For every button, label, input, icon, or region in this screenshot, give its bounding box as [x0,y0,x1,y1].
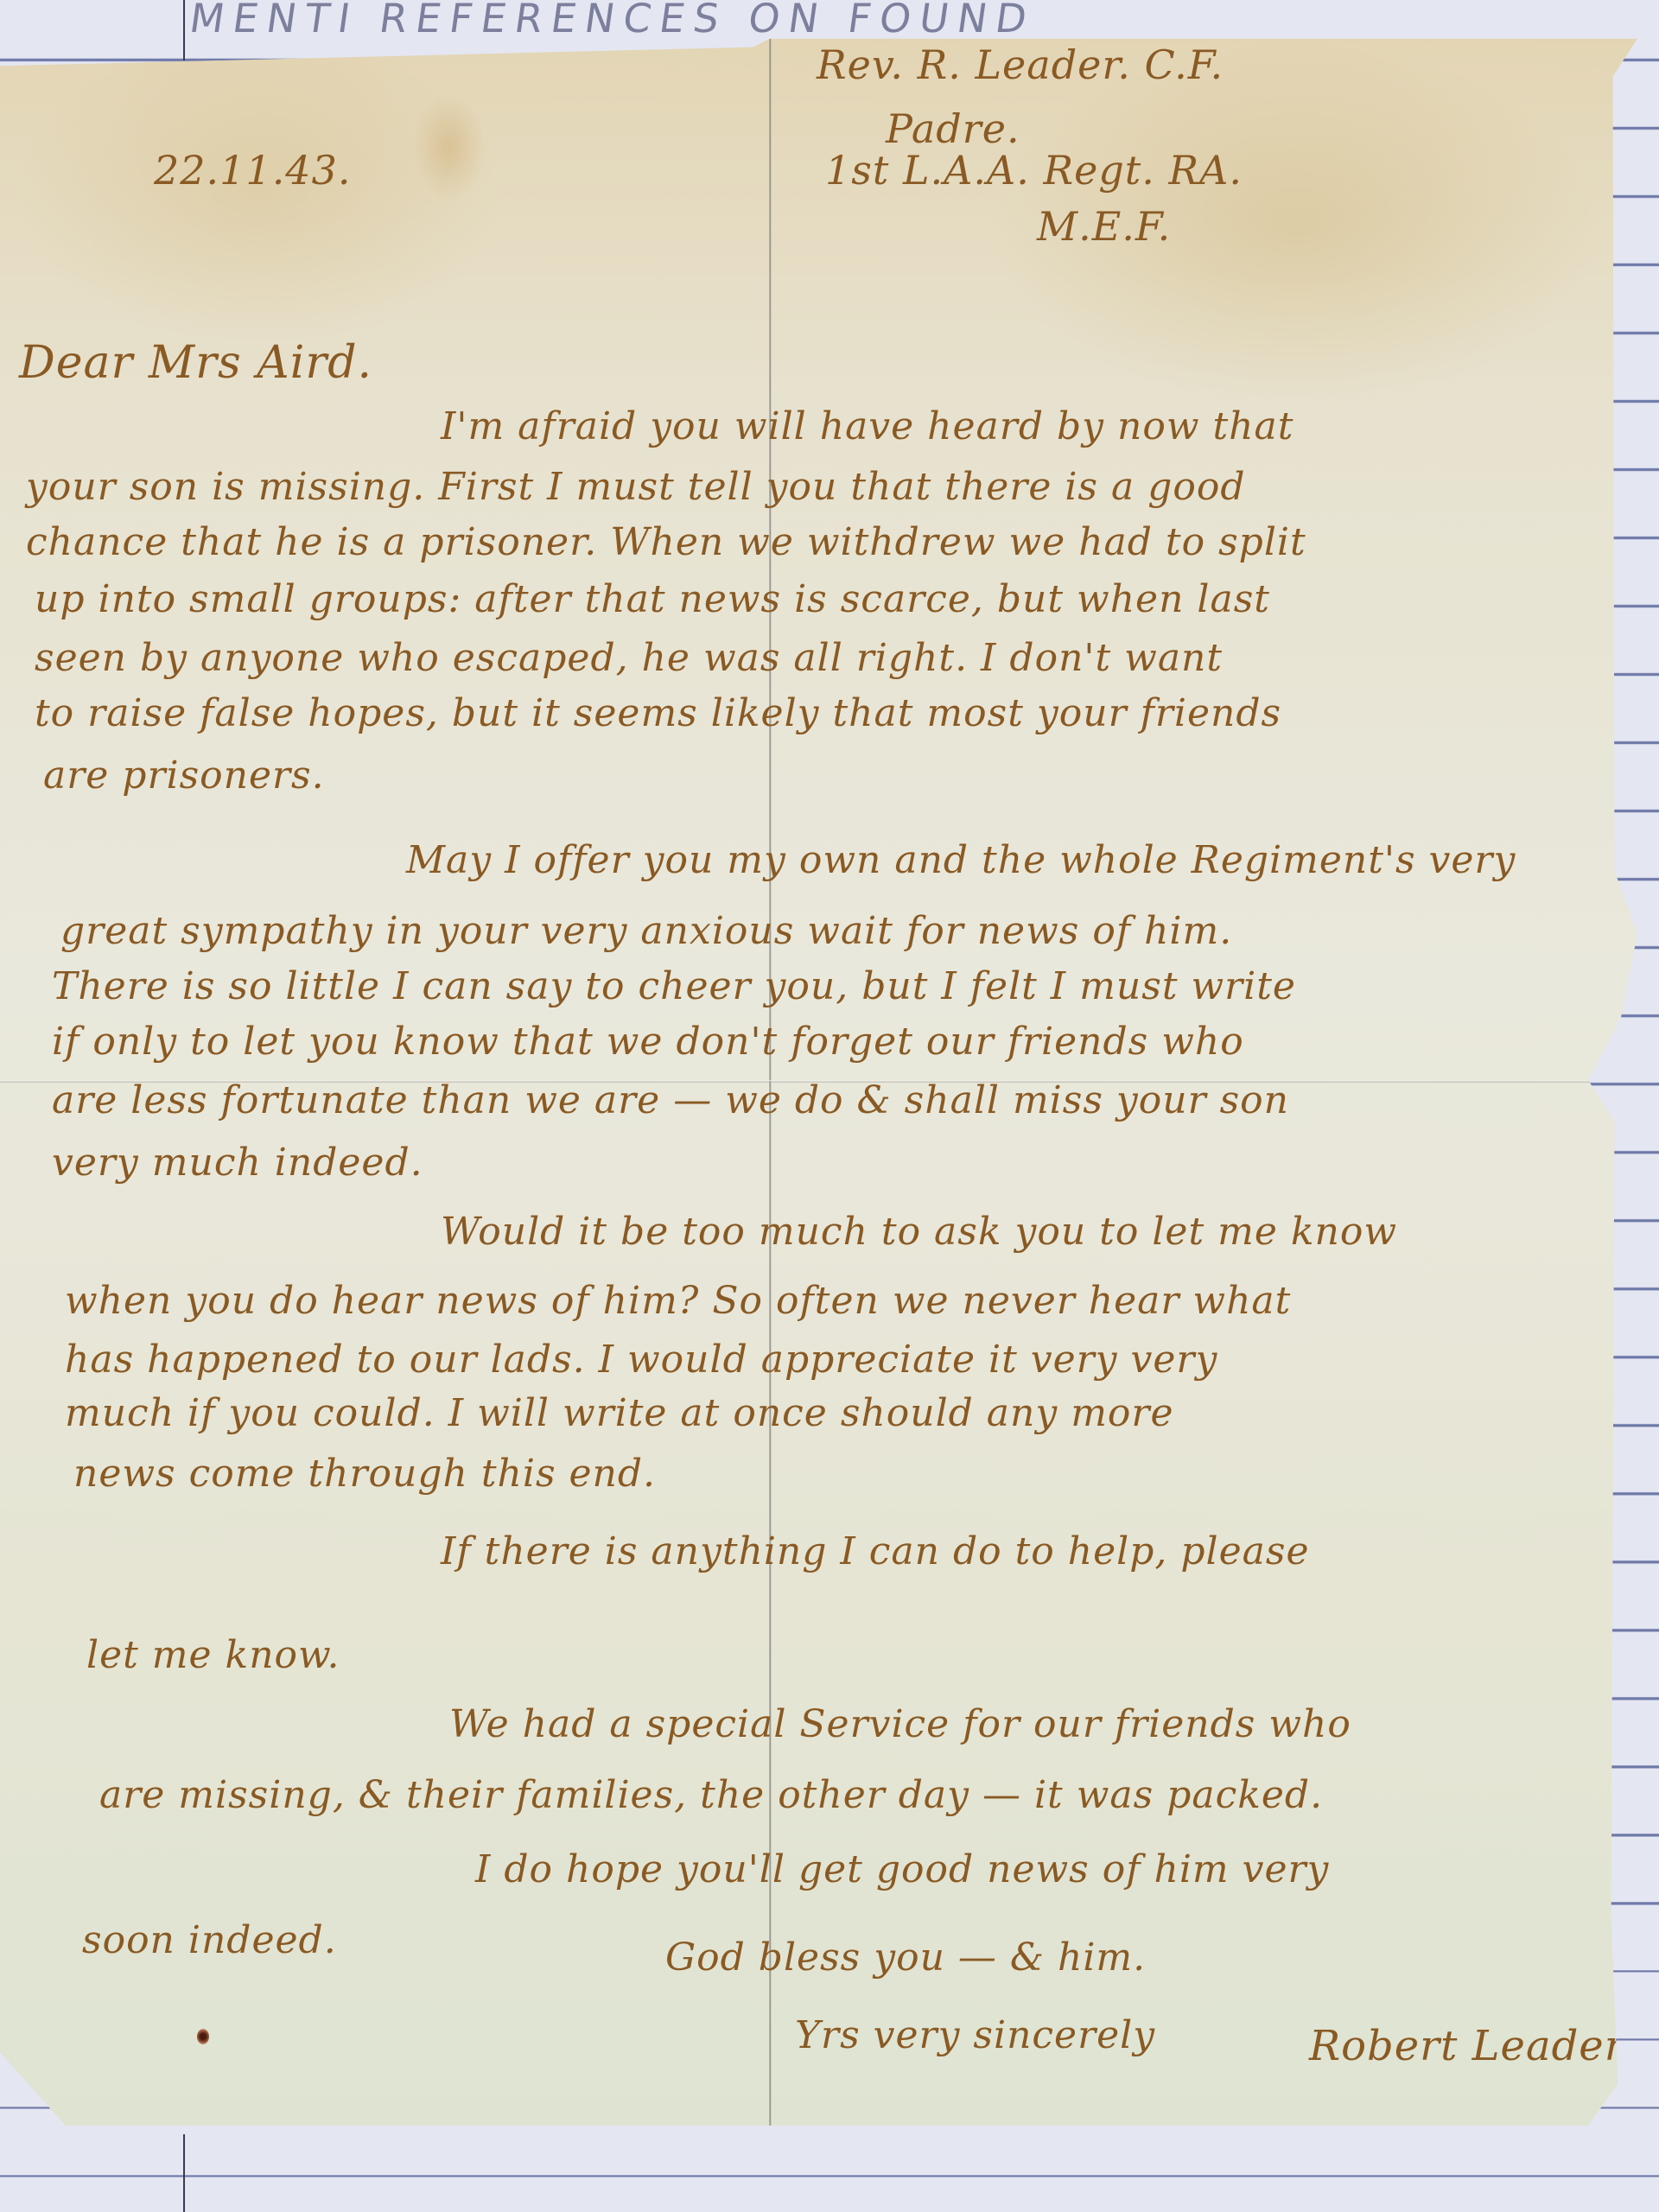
notebook-heading: MENTI REFERENCES ON FOUND [187,0,1038,41]
closing: Yrs very sincerely [795,2013,1155,2057]
notebook-margin-line [183,2134,185,2212]
body-line: soon indeed. [82,1918,337,1962]
notebook-margin-line [183,0,185,60]
body-line: Would it be too much to ask you to let m… [441,1210,1397,1254]
body-line: your son is missing. First I must tell y… [26,465,1246,509]
body-line: news come through this end. [73,1452,656,1496]
sender-force: M.E.F. [1037,203,1171,250]
body-line: great sympathy in your very anxious wait… [60,909,1232,953]
letter-date: 22.11.43. [154,147,351,194]
body-line: I'm afraid you will have heard by now th… [441,404,1294,448]
body-line: chance that he is a prisoner. When we wi… [26,520,1306,564]
body-line: to raise false hopes, but it seems likel… [35,691,1281,735]
blessing: God bless you — & him. [665,1935,1146,1980]
body-line: much if you could. I will write at once … [65,1391,1174,1435]
body-line: I do hope you'll get good news of him ve… [475,1847,1329,1891]
body-line: up into small groups: after that news is… [35,577,1270,621]
body-line: when you do hear news of him? So often w… [65,1279,1291,1323]
body-line: are missing, & their families, the other… [99,1773,1323,1817]
body-line: seen by anyone who escaped, he was all r… [35,636,1223,680]
sender-regiment: 1st L.A.A. Regt. RA. [825,147,1243,194]
signature: Robert Leader [1309,2022,1625,2070]
ink-stain [197,2029,209,2044]
body-line: if only to let you know that we don't fo… [52,1020,1244,1064]
body-line: We had a special Service for our friends… [449,1702,1351,1746]
body-line: There is so little I can say to cheer yo… [52,964,1296,1008]
letter-sheet: 22.11.43. Rev. R. Leader. C.F. Padre. 1s… [0,35,1637,2126]
sender-name: Rev. R. Leader. C.F. [817,41,1224,88]
sender-title: Padre. [886,105,1020,152]
body-line: May I offer you my own and the whole Reg… [406,838,1516,882]
body-line: has happened to our lads. I would apprec… [65,1338,1217,1382]
body-line: If there is anything I can do to help, p… [441,1529,1310,1573]
body-line: are prisoners. [43,753,325,798]
body-line: let me know. [86,1633,340,1677]
salutation: Dear Mrs Aird. [19,337,372,389]
body-line: are less fortunate than we are — we do &… [52,1078,1289,1122]
body-line: very much indeed. [52,1141,423,1185]
